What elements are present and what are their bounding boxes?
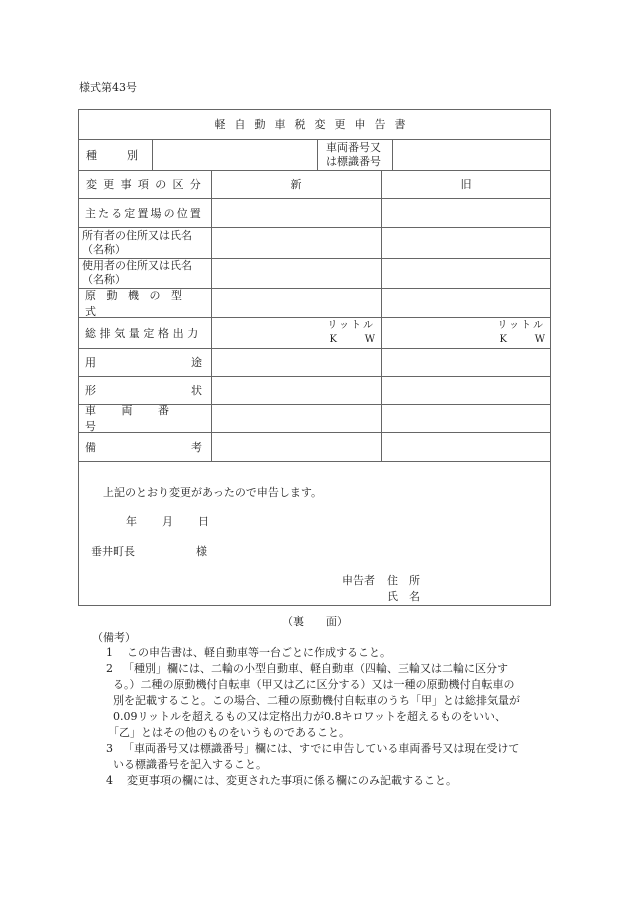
row-label-storage-location: 主たる定置場の位置 <box>78 198 211 227</box>
liter-unit: リットル <box>497 319 545 332</box>
storage-location-new-field[interactable] <box>212 199 381 227</box>
note-item-2-cont: 別を記載すること。この場合、二種の原動機付自転車のうち「甲」とは総排気量が <box>113 693 520 709</box>
row-label-user: 使用者の住所又は氏名 （名称） <box>78 258 211 288</box>
liter-unit: リットル <box>327 319 375 332</box>
plate-number-label: 車両番号又 は標識番号 <box>318 139 392 170</box>
vehicle-number-new-field[interactable] <box>212 405 381 432</box>
type-field[interactable] <box>153 140 317 170</box>
engine-model-new-field[interactable] <box>212 289 381 317</box>
user-old-field[interactable] <box>382 259 551 288</box>
form-number: 様式第43号 <box>79 79 137 95</box>
kw-unit-w: W <box>535 333 545 346</box>
user-new-field[interactable] <box>212 259 381 288</box>
kw-unit-w: W <box>365 333 375 346</box>
declarant-name-label: 氏 名 <box>387 588 420 604</box>
note-item-2: 2「種別」欄には、二輪の小型自動車、軽自動車（四輪、三輪又は二輪に区分す <box>106 661 508 677</box>
kw-unit-k: K <box>500 333 507 346</box>
row-label-usage: 用途 <box>78 348 211 376</box>
displacement-new-field[interactable]: リットル K W <box>212 318 381 348</box>
remarks-new-field[interactable] <box>212 433 381 461</box>
date-day-label: 日 <box>198 513 209 529</box>
owner-new-field[interactable] <box>212 228 381 258</box>
declarant-label: 申告者 <box>342 572 375 588</box>
declarant-address-label: 住 所 <box>387 572 420 588</box>
vehicle-number-old-field[interactable] <box>382 405 551 432</box>
date-month-label: 月 <box>162 513 173 529</box>
honorific: 様 <box>196 543 207 559</box>
note-item-4: 4変更事項の欄には、変更された事項に係る欄にのみ記載すること。 <box>106 773 457 789</box>
row-label-owner: 所有者の住所又は氏名 （名称） <box>78 227 211 258</box>
row-label-remarks: 備考 <box>78 432 211 461</box>
row-label-shape: 形状 <box>78 376 211 404</box>
category-header: 変更事項の区分 <box>78 170 211 198</box>
engine-model-old-field[interactable] <box>382 289 551 317</box>
form-title: 軽自動車税変更申告書 <box>78 109 551 139</box>
remarks-old-field[interactable] <box>382 433 551 461</box>
note-item-1: 1この申告書は、軽自動車等一台ごとに作成すること。 <box>106 645 391 661</box>
notes-title: （備考） <box>92 629 136 645</box>
note-item-2-cont: 「乙」とはその他のものをいうものであること。 <box>108 725 350 741</box>
shape-old-field[interactable] <box>382 377 551 404</box>
displacement-old-field[interactable]: リットル K W <box>382 318 551 348</box>
row-label-vehicle-number: 車両番号 <box>78 404 211 432</box>
note-item-2-cont: る。）二種の原動機付自転車（甲又は乙に区分する）又は一種の原動機付自転車の <box>113 677 515 693</box>
plate-number-field[interactable] <box>393 140 551 170</box>
note-item-3: 3「車両番号又は標識番号」欄には、すでに申告している車両番号又は現在受けて <box>106 741 519 757</box>
back-side-heading: （裏 面） <box>282 613 348 629</box>
storage-location-old-field[interactable] <box>382 199 551 227</box>
note-item-3-cont: いる標識番号を記入すること。 <box>113 757 267 773</box>
note-item-2-cont: 0.09リットルを超えるもの又は定格出力が0.8キロワットを超えるものをいい、 <box>113 709 506 725</box>
usage-new-field[interactable] <box>212 349 381 376</box>
old-column-header: 旧 <box>381 170 551 198</box>
date-year-label: 年 <box>126 513 137 529</box>
usage-old-field[interactable] <box>382 349 551 376</box>
row-label-engine-model: 原動機の型式 <box>78 288 211 317</box>
row-label-displacement-output: 総排気量定格出力 <box>78 317 211 348</box>
type-label: 種別 <box>78 139 152 170</box>
shape-new-field[interactable] <box>212 377 381 404</box>
new-column-header: 新 <box>211 170 381 198</box>
addressee: 垂井町長 <box>91 543 135 559</box>
form-title-text: 軽自動車税変更申告書 <box>215 116 415 132</box>
owner-old-field[interactable] <box>382 228 551 258</box>
kw-unit-k: K <box>330 333 337 346</box>
declaration-statement: 上記のとおり変更があったので申告します。 <box>103 484 322 500</box>
divider <box>78 461 551 462</box>
